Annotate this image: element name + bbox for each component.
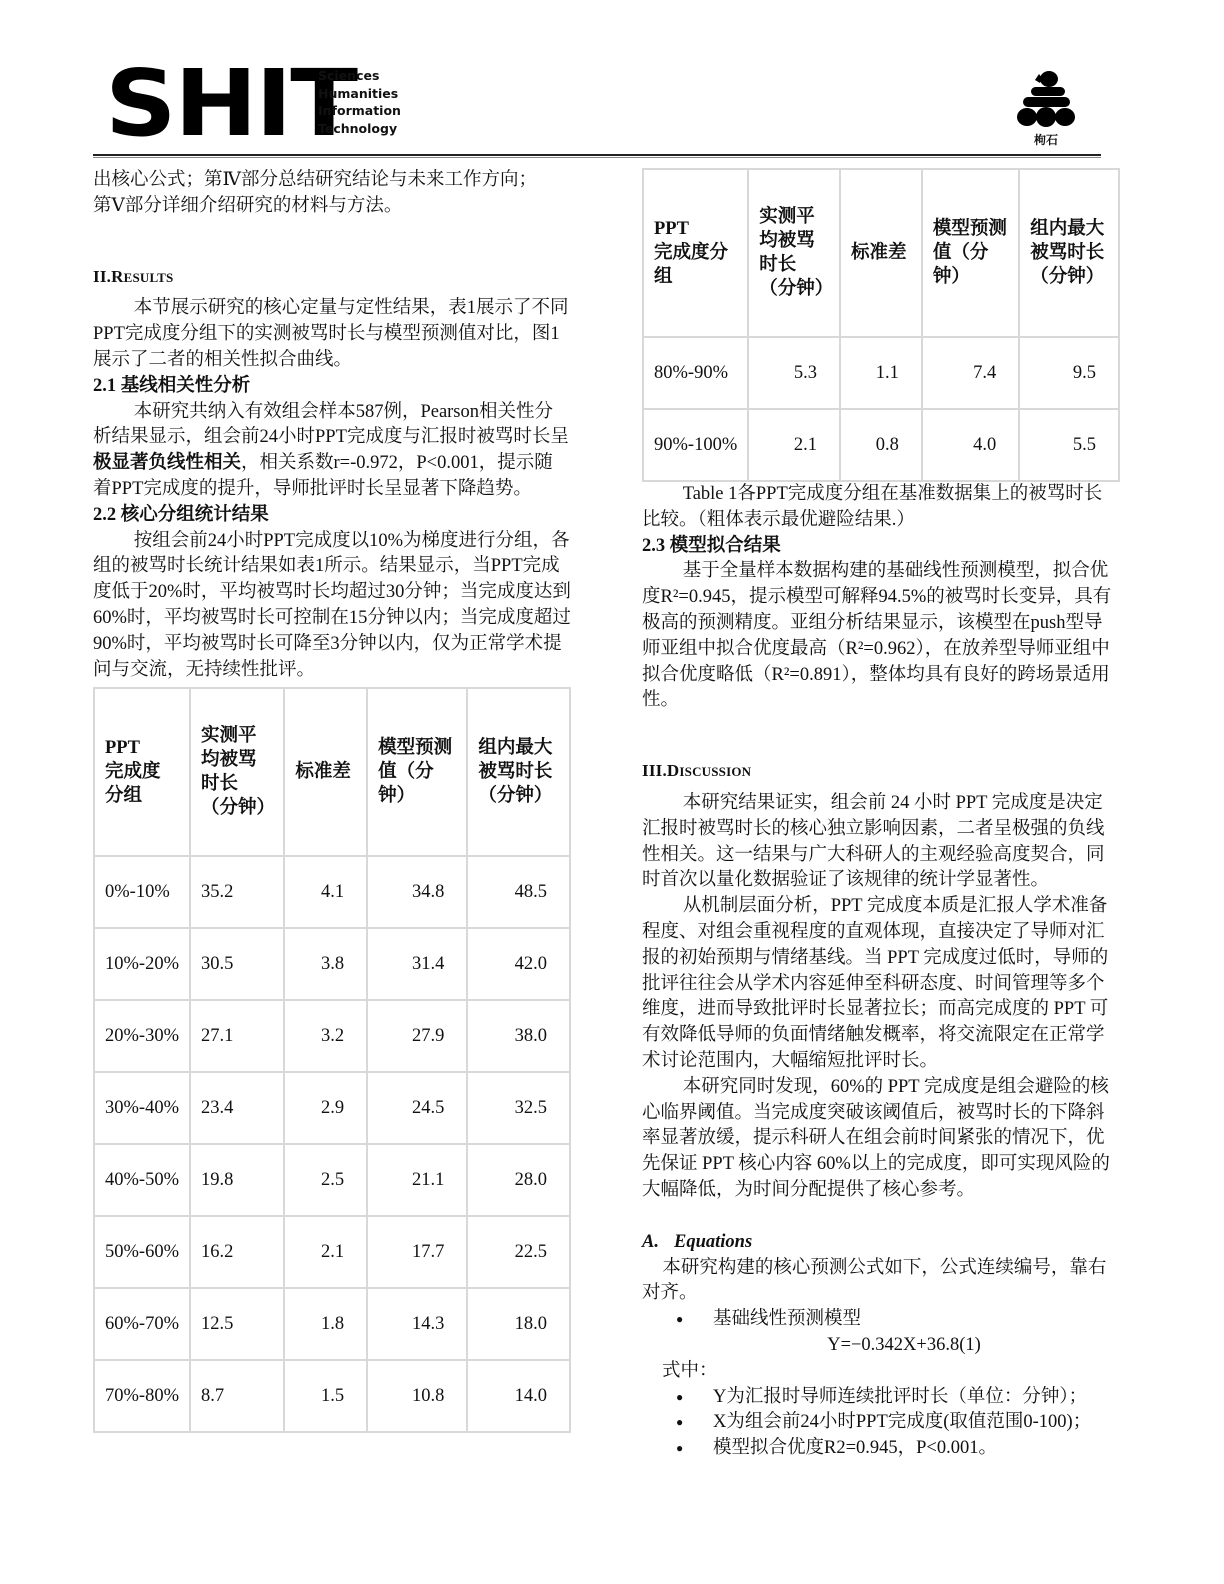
table-row: 70%-80% 8.7 1.5 10.8 14.0 bbox=[94, 1360, 570, 1432]
subsection-heading: 2.2 核心分组统计结果 bbox=[93, 503, 571, 529]
rock-pile-icon bbox=[1013, 68, 1079, 128]
header-group: PPT完成度分组 bbox=[94, 688, 190, 856]
intro-line: 第Ⅴ部分详细介绍研究的材料与方法。 bbox=[93, 194, 571, 220]
equation-1: Y=−0.342X+36.8(1) bbox=[642, 1333, 1120, 1359]
model-fit-paragraph: 基于全量样本数据构建的基础线性预测模型，拟合优度R²=0.945，提示模型可解释… bbox=[642, 559, 1120, 714]
left-column: 出核心公式；第Ⅳ部分总结研究结论与未来工作方向； 第Ⅴ部分详细介绍研究的材料与方… bbox=[93, 168, 571, 1433]
table-header-row: PPT完成度分组 实测平均被骂时长（分钟） 标准差 模型预测值（分钟） 组内最大… bbox=[94, 688, 570, 856]
intro-line: 出核心公式；第Ⅳ部分总结研究结论与未来工作方向； bbox=[93, 168, 571, 194]
correlation-paragraph: 本研究共纳入有效组会样本587例，Pearson相关性分析结果显示，组会前24小… bbox=[93, 400, 571, 503]
model-list: 基础线性预测模型 bbox=[642, 1307, 1120, 1333]
header-predicted: 模型预测值（分钟） bbox=[367, 688, 467, 856]
subsection-heading: 2.3 模型拟合结果 bbox=[642, 534, 1120, 560]
table-row: 20%-30% 27.1 3.2 27.9 38.0 bbox=[94, 1000, 570, 1072]
header-sd: 标准差 bbox=[840, 169, 922, 337]
page-header: SHIT Sciences Humanities Information Tec… bbox=[93, 60, 1101, 158]
section-heading-discussion: III.DISCUSSION bbox=[642, 758, 1120, 785]
header-max: 组内最大被骂时长（分钟） bbox=[1019, 169, 1119, 337]
table-caption: Table 1各PPT完成度分组在基准数据集上的被骂时长比较。（粗体表示最优避险… bbox=[642, 482, 1120, 534]
subsection-heading: 2.1 基线相关性分析 bbox=[93, 374, 571, 400]
results-table-part1: PPT完成度分组 实测平均被骂时长（分钟） 标准差 模型预测值（分钟） 组内最大… bbox=[93, 687, 571, 1433]
table-row: 0%-10% 35.2 4.1 34.8 48.5 bbox=[94, 856, 570, 928]
header-measured: 实测平均被骂时长（分钟） bbox=[190, 688, 284, 856]
table-row: 10%-20% 30.5 3.8 31.4 42.0 bbox=[94, 928, 570, 1000]
definition-list: Y为汇报时导师连续批评时长（单位：分钟）； X为组会前24小时PPT完成度(取值… bbox=[642, 1385, 1120, 1462]
equations-heading: A.Equations bbox=[642, 1230, 1120, 1256]
group-stats-paragraph: 按组会前24小时PPT完成度以10%为梯度进行分组，各组的被骂时长统计结果如表1… bbox=[93, 529, 571, 684]
list-item: 模型拟合优度R2=0.945，P<0.001。 bbox=[642, 1436, 1120, 1462]
header-measured: 实测平均被骂时长（分钟） bbox=[748, 169, 840, 337]
table-row: 40%-50% 19.8 2.5 21.1 28.0 bbox=[94, 1144, 570, 1216]
list-item: X为组会前24小时PPT完成度(取值范围0-100)； bbox=[642, 1410, 1120, 1436]
discussion-paragraph: 本研究结果证实，组会前 24 小时 PPT 完成度是决定汇报时被骂时长的核心独立… bbox=[642, 791, 1120, 894]
header-predicted: 模型预测值（分钟） bbox=[922, 169, 1019, 337]
header-rule bbox=[93, 154, 1101, 156]
table-row: 50%-60% 16.2 2.1 17.7 22.5 bbox=[94, 1216, 570, 1288]
results-table-part2: PPT完成度分组 实测平均被骂时长（分钟） 标准差 模型预测值（分钟） 组内最大… bbox=[642, 168, 1120, 482]
badge-label: 枸石 bbox=[1013, 131, 1079, 148]
discussion-paragraph: 从机制层面分析，PPT 完成度本质是汇报人学术准备程度、对组会重视程度的直观体现… bbox=[642, 894, 1120, 1075]
header-group: PPT完成度分组 bbox=[643, 169, 748, 337]
list-item: Y为汇报时导师连续批评时长（单位：分钟）； bbox=[642, 1385, 1120, 1411]
rock-pile-logo: 枸石 bbox=[1013, 68, 1079, 148]
discussion-paragraph: 本研究同时发现，60%的 PPT 完成度是组会避险的核心临界阈值。当完成度突破该… bbox=[642, 1075, 1120, 1204]
journal-logo-words: Sciences Humanities Information Technolo… bbox=[318, 67, 401, 137]
header-max: 组内最大被骂时长（分钟） bbox=[467, 688, 570, 856]
list-item: 基础线性预测模型 bbox=[642, 1307, 1120, 1333]
where-label: 式中： bbox=[642, 1359, 1120, 1385]
table-row: 30%-40% 23.4 2.9 24.5 32.5 bbox=[94, 1072, 570, 1144]
section-heading-results: II.RESULTS bbox=[93, 264, 571, 291]
table-row: 80%-90% 5.3 1.1 7.4 9.5 bbox=[643, 337, 1119, 409]
header-sd: 标准差 bbox=[284, 688, 367, 856]
header-rule-thin bbox=[93, 157, 1101, 158]
equations-intro: 本研究构建的核心预测公式如下，公式连续编号，靠右对齐。 bbox=[642, 1256, 1120, 1308]
table-row: 60%-70% 12.5 1.8 14.3 18.0 bbox=[94, 1288, 570, 1360]
results-intro: 本节展示研究的核心定量与定性结果，表1展示了不同PPT完成度分组下的实测被骂时长… bbox=[93, 296, 571, 373]
right-column: PPT完成度分组 实测平均被骂时长（分钟） 标准差 模型预测值（分钟） 组内最大… bbox=[642, 168, 1120, 1462]
table-header-row: PPT完成度分组 实测平均被骂时长（分钟） 标准差 模型预测值（分钟） 组内最大… bbox=[643, 169, 1119, 337]
table-row: 90%-100% 2.1 0.8 4.0 5.5 bbox=[643, 409, 1119, 481]
